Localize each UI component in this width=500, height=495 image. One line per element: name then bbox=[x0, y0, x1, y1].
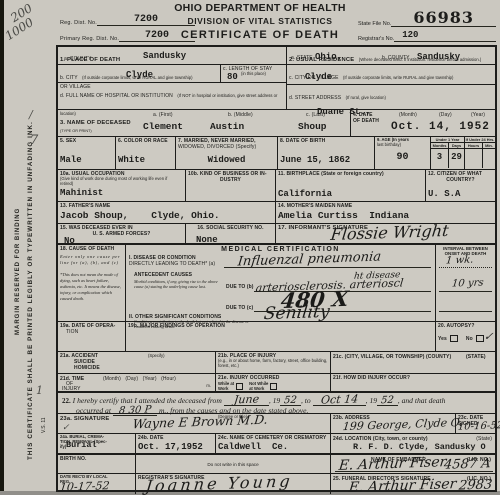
street-address-note: (If rural, give location) bbox=[346, 95, 386, 100]
residence-county-label: b. COUNTY bbox=[382, 55, 410, 61]
hours-label: Hours bbox=[465, 143, 482, 149]
autopsy-yes-checkbox bbox=[450, 335, 458, 342]
injury-state-label: (STATE) bbox=[466, 354, 486, 360]
margin-mark: 7 bbox=[30, 133, 38, 148]
months-value: 3 bbox=[431, 153, 448, 163]
row-injury-2: 21d. TIME OF INJURY (Month) (Day) (Year)… bbox=[58, 374, 495, 392]
name-section-label: 3. NAME OF DECEASED bbox=[60, 120, 131, 126]
attendant-signature-field: 23a. SIGNATURE ✓ Wayne E Brown M.D. (Deg… bbox=[58, 414, 331, 433]
occupation-note: (Give kind of work done during most of w… bbox=[60, 177, 170, 187]
antecedent-label: ANTECEDENT CAUSES bbox=[134, 272, 192, 278]
embalmer-field: NAME OF EMBALMER (LIC. NO.) E. Arthur Fi… bbox=[331, 455, 495, 473]
injury-county-label: (COUNTY) bbox=[426, 354, 451, 360]
state-file-label: State File No. bbox=[358, 21, 391, 27]
date-of-death-label: 4. DATE OF DEATH bbox=[353, 112, 379, 124]
medical-certification-main: MEDICAL CERTIFICATION I. DISEASE OR COND… bbox=[126, 245, 436, 321]
last-name-value: Shoup bbox=[298, 122, 327, 132]
certify-from-value: June bbox=[233, 395, 259, 406]
birth-no-field: BIRTH NO. bbox=[58, 455, 136, 473]
mother-label: 14. MOTHER'S MAIDEN NAME bbox=[278, 203, 493, 209]
m-label: m. bbox=[206, 384, 211, 389]
major-findings-label: 19b. MAJOR FINDINGS OF OPERATION bbox=[128, 323, 433, 329]
last-name-label: c. (Last) bbox=[306, 112, 325, 118]
accident-label3: HOMICIDE bbox=[74, 365, 213, 371]
dod-month-label: (Month) bbox=[399, 112, 417, 118]
middle-name-label: b. (Middle) bbox=[228, 112, 253, 118]
scan-left-edge bbox=[0, 0, 4, 491]
residence-state-label: a. STATE bbox=[291, 55, 313, 61]
date-of-operation-field: 19a. DATE OF OPERA- TION bbox=[58, 322, 126, 351]
marital-value: Widowed bbox=[178, 156, 275, 166]
due-b-insert: ht disease bbox=[353, 270, 400, 282]
mother-field: 14. MOTHER'S MAIDEN NAME Amelia Curtiss … bbox=[276, 202, 495, 223]
disposition-location-field: 24d. LOCATION (City, town, or county) (S… bbox=[331, 434, 495, 453]
months-label: Months bbox=[431, 143, 448, 149]
other-conditions-value: Senility bbox=[263, 302, 331, 324]
place-of-injury-field: 21b. PLACE OF INJURY (e.g., in or about … bbox=[216, 352, 331, 373]
row-name-dod: 3. NAME OF DECEASED (TYPE OR PRINT) a. (… bbox=[58, 110, 495, 137]
file-number-block: State File No. 66983 Registrar's No. 120 bbox=[358, 10, 496, 42]
disposition-date-field: 24b. DATE Oct. 17,1952 bbox=[136, 434, 216, 453]
injury-occurred-label: 21e. INJURY OCCURRED bbox=[218, 375, 328, 381]
reg-dist-label: Reg. Dist. No. bbox=[60, 20, 97, 26]
row-medical-certification: 18. CAUSE OF DEATH Enter only one cause … bbox=[58, 244, 495, 322]
medical-certification-title: MEDICAL CERTIFICATION bbox=[126, 246, 435, 253]
state-file-value: 66983 bbox=[391, 10, 496, 27]
occupation-field: 10a. USUAL OCCUPATION (Give kind of work… bbox=[58, 170, 186, 201]
margin-mark: / bbox=[29, 108, 33, 121]
disease-label2: DIRECTLY LEADING TO DEATH* (a) bbox=[129, 261, 215, 267]
do-not-write-field: Do not write in this space bbox=[136, 455, 331, 473]
ssn-label: 16. SOCIAL SECURITY NO. bbox=[188, 225, 273, 231]
date-received-field: DATE REC'D BY LOCAL REG. 10-17-52 bbox=[58, 474, 136, 494]
row-injury-1: 21a. ACCIDENT SUICIDE HOMICIDE (Specify)… bbox=[58, 352, 495, 374]
industry-label2: DUSTRY bbox=[188, 177, 273, 183]
date-of-operation-label2: TION bbox=[66, 329, 123, 335]
place-of-injury-note: (e.g., in or about home, farm, factory, … bbox=[218, 359, 328, 369]
under-one-year-group: Under 1 Year Months 3 Days 29 bbox=[431, 137, 465, 169]
citizen-label2: COUNTRY? bbox=[428, 177, 493, 183]
father-label: 13. FATHER'S NAME bbox=[60, 203, 273, 209]
sex-label: 5. SEX bbox=[60, 138, 113, 144]
while-at-work-checkbox bbox=[236, 383, 243, 390]
days-label: Days bbox=[449, 143, 464, 149]
injury-occurred-field: 21e. INJURY OCCURRED While at Work Not W… bbox=[216, 374, 331, 391]
funeral-director-signature: E. Arthur Fiser bbox=[348, 476, 457, 495]
row-registrar: DATE REC'D BY LOCAL REG. 10-17-52 REGIST… bbox=[58, 474, 495, 494]
attendant-signature-label: 23a. SIGNATURE bbox=[60, 416, 109, 422]
date-of-death-value: Oct. 14, 1952 bbox=[391, 121, 490, 133]
injury-city-label: 21c. (CITY, VILLAGE, OR TOWNSHIP) bbox=[333, 354, 425, 360]
margin-ink-note: THIS CERTIFICATE SHALL BE PRINTED LEGIBL… bbox=[27, 121, 34, 460]
department-title: OHIO DEPARTMENT OF HEALTH bbox=[160, 2, 360, 14]
registrar-no-label: Registrar's No. bbox=[358, 36, 394, 42]
row-place-residence: 1. PLACE OF DEATH a. COUNTY Sandusky b. … bbox=[58, 47, 495, 110]
date-of-birth-label: 8. DATE OF BIRTH bbox=[280, 138, 372, 144]
row-operation-autopsy: 19a. DATE OF OPERA- TION 19b. MAJOR FIND… bbox=[58, 322, 495, 352]
cemetery-label: 24c. NAME OF CEMETERY OR CREMATORY bbox=[218, 435, 328, 441]
autopsy-label: 20. AUTOPSY? bbox=[438, 323, 493, 329]
birth-no-label: BIRTH NO. bbox=[60, 456, 133, 462]
certify-from-year: 52 bbox=[284, 396, 298, 406]
location-value: R. F. D. Clyde, Sandusky O bbox=[353, 443, 493, 452]
residence-city-note: (If outside corporate limits, write RURA… bbox=[343, 75, 453, 80]
race-label: 6. COLOR OR RACE bbox=[118, 138, 173, 144]
age-field: 9. AGE (In years last birthday) 90 bbox=[375, 137, 431, 169]
row-service-informant: 15. WAS DECEASED EVER IN U. S. ARMED FOR… bbox=[58, 224, 495, 244]
registrar-no-value: 120 bbox=[394, 31, 496, 42]
autopsy-yes-label: Yes bbox=[438, 336, 447, 342]
margin-binding-note: MARGIN RESERVED FOR BINDING bbox=[15, 208, 21, 335]
race-field: 6. COLOR OR RACE White bbox=[116, 137, 176, 169]
name-of-deceased-section: 3. NAME OF DECEASED (TYPE OR PRINT) a. (… bbox=[58, 110, 351, 136]
interval-column: INTERVAL BETWEEN ONSET AND DEATH 1 wk. 1… bbox=[436, 245, 495, 321]
registration-district-block: Reg. Dist. No. 7200 Primary Reg. Dist. N… bbox=[60, 14, 195, 42]
residence-county-value: Sandusky bbox=[417, 53, 460, 63]
attendant-address-field: 23b. ADDRESS 199 George, Clyde O. bbox=[331, 414, 456, 433]
registrar-signature-field: REGISTRAR'S SIGNATURE Joanne Young bbox=[136, 474, 331, 494]
race-value: White bbox=[118, 156, 173, 166]
birthplace-field: 11. BIRTHPLACE (State or foreign country… bbox=[276, 170, 426, 201]
age-label2: last birthday) bbox=[377, 143, 428, 148]
armed-forces-field: 15. WAS DECEASED EVER IN U. S. ARMED FOR… bbox=[58, 224, 186, 243]
informant-signature: Flossie Wright bbox=[330, 221, 450, 244]
citizen-field: 12. CITIZEN OF WHAT COUNTRY? U. S.A bbox=[426, 170, 495, 201]
burial-value: Burial bbox=[66, 441, 97, 450]
degree-or-title-note: (Degree or title) bbox=[218, 415, 247, 420]
date-of-birth-value: June 15, 1862 bbox=[280, 156, 372, 166]
row-embalmer: BIRTH NO. Do not write in this space NAM… bbox=[58, 454, 495, 474]
row-demographics: 5. SEX Male 6. COLOR OR RACE White 7. MA… bbox=[58, 137, 495, 170]
father-field: 13. FATHER'S NAME Jacob Shoup, Clyde, Oh… bbox=[58, 202, 276, 223]
registrar-signature-value: Joanne Young bbox=[145, 471, 294, 495]
margin-mark: 1 bbox=[36, 384, 43, 397]
autopsy-no-label: No bbox=[466, 336, 473, 342]
certify-part4: , 19 bbox=[366, 396, 377, 405]
county-label: a. COUNTY bbox=[64, 56, 92, 62]
cemetery-value: Caldwell Ce. bbox=[218, 443, 328, 453]
how-injury-field: 21f. HOW DID INJURY OCCUR? bbox=[331, 374, 495, 391]
burial-field: 24a. BURIAL, CREMA- TION, REMOVAL (Spec-… bbox=[58, 434, 136, 453]
first-name-value: Clement bbox=[143, 122, 183, 132]
sex-value: Male bbox=[60, 156, 113, 166]
birthplace-value: California bbox=[278, 190, 423, 200]
disposition-date-label: 24b. DATE bbox=[138, 435, 213, 441]
row-occupation: 10a. USUAL OCCUPATION (Give kind of work… bbox=[58, 170, 495, 202]
city-value: Clyde bbox=[126, 71, 153, 81]
autopsy-field: 20. AUTOPSY? Yes No ✓ bbox=[436, 322, 495, 351]
do-not-write-note: Do not write in this space bbox=[138, 462, 328, 467]
marital-field: 7. MARRIED, NEVER MARRIED, WIDOWED, DIVO… bbox=[176, 137, 278, 169]
attendant-checkmark: ✓ bbox=[62, 423, 70, 433]
hospital-label: d. FULL NAME OF HOSPITAL OR INSTITUTION bbox=[60, 93, 173, 99]
occupation-value: Mahinist bbox=[60, 189, 183, 199]
citizen-value: U. S.A bbox=[428, 190, 493, 200]
cause-footnote: *This does not mean the mode of dying, s… bbox=[60, 272, 123, 302]
while-at-work-label2: Work bbox=[218, 387, 234, 392]
length-of-stay-value: 80 bbox=[227, 73, 238, 83]
certify-number: 22. bbox=[62, 397, 71, 405]
reg-dist-value: 7200 bbox=[97, 14, 195, 26]
residence-city-value: Clyde bbox=[305, 73, 332, 83]
county-value: Sandusky bbox=[143, 52, 186, 62]
usual-residence-section: 2. USUAL RESIDENCE (Where deceased lived… bbox=[287, 47, 495, 109]
autopsy-no-checkmark: ✓ bbox=[483, 330, 494, 343]
mother-value: Amelia Curtiss Indiana bbox=[278, 211, 493, 221]
time-columns-label: (Month) (Day) (Year) (Hour) bbox=[103, 376, 176, 382]
form-number: V.S. 11 bbox=[41, 417, 47, 433]
cause-instruction: Enter only one cause per line for (a), (… bbox=[60, 254, 123, 267]
cause-section-label: 18. CAUSE OF DEATH bbox=[60, 246, 123, 252]
father-value: Jacob Shoup, Clyde, Ohio. bbox=[60, 211, 273, 221]
attendant-signature-value: Wayne E Brown M.D. bbox=[132, 412, 269, 432]
funeral-director-lic-value: 2983 bbox=[458, 477, 493, 493]
row-disposition: 24a. BURIAL, CREMA- TION, REMOVAL (Spec-… bbox=[58, 434, 495, 454]
date-of-death-section: 4. DATE OF DEATH (Month) (Day) (Year) Oc… bbox=[351, 110, 495, 136]
injury-location-field: 21c. (CITY, VILLAGE, OR TOWNSHIP) (COUNT… bbox=[331, 352, 495, 373]
due-b-label: DUE TO (b) bbox=[226, 284, 254, 290]
industry-field: 10b. KIND OF BUSINESS OR IN- DUSTRY bbox=[186, 170, 276, 201]
row-certify-statement: 22. I hereby certify that I attended the… bbox=[58, 392, 495, 414]
funeral-director-field: 25. FUNERAL DIRECTOR'S SIGNATURE (LIC. N… bbox=[331, 474, 495, 494]
middle-name-value: Austin bbox=[210, 122, 244, 132]
primary-reg-dist-label: Primary Reg. Dist. No. bbox=[60, 36, 119, 42]
accident-field: 21a. ACCIDENT SUICIDE HOMICIDE (Specify) bbox=[58, 352, 216, 373]
certify-to-year: 52 bbox=[380, 396, 394, 406]
certify-to-value: Oct 14 bbox=[320, 394, 358, 405]
not-while-at-work-label2: at Work bbox=[249, 387, 268, 392]
min-label: Min. bbox=[483, 143, 495, 149]
time-of-injury-field: 21d. TIME OF INJURY (Month) (Day) (Year)… bbox=[58, 374, 216, 391]
disposition-date-value: Oct. 17,1952 bbox=[138, 443, 213, 453]
primary-reg-dist-value: 7200 bbox=[119, 30, 195, 42]
dod-day-label: (Day) bbox=[439, 112, 452, 118]
antecedent-note: Morbid conditions, if any, giving rise t… bbox=[134, 279, 220, 289]
certificate-body: 1. PLACE OF DEATH a. COUNTY Sandusky b. … bbox=[56, 45, 497, 492]
row-attendant: 23a. SIGNATURE ✓ Wayne E Brown M.D. (Deg… bbox=[58, 414, 495, 434]
first-name-label: a. (First) bbox=[153, 112, 173, 118]
attendant-address-value: 199 George, Clyde O. bbox=[342, 416, 463, 433]
sex-field: 5. SEX Male bbox=[58, 137, 116, 169]
interval-b-value: 10 yrs bbox=[451, 277, 484, 289]
dod-year-label: (Year) bbox=[471, 112, 485, 118]
days-value: 29 bbox=[449, 153, 464, 163]
due-c-label: DUE TO (c) bbox=[226, 305, 253, 311]
birthplace-label: 11. BIRTHPLACE (State or foreign country… bbox=[278, 171, 423, 177]
informant-field: 17. INFORMANT'S SIGNATURE Flossie Wright bbox=[276, 224, 495, 243]
how-injury-label: 21f. HOW DID INJURY OCCUR? bbox=[333, 375, 493, 381]
ssn-field: 16. SOCIAL SECURITY NO. None bbox=[186, 224, 276, 243]
city-label: b. CITY bbox=[60, 75, 78, 81]
under-24-hours-group: If Under 24 Hrs. Hours Min. bbox=[465, 137, 495, 169]
age-value: 90 bbox=[377, 152, 428, 163]
certify-part3: , to bbox=[301, 396, 311, 405]
major-findings-field: 19b. MAJOR FINDINGS OF OPERATION bbox=[126, 322, 436, 351]
certify-part5: , and that death bbox=[398, 396, 446, 405]
location-label: 24d. LOCATION (City, town, or county) bbox=[333, 436, 428, 442]
date-received-value: 10-17-52 bbox=[59, 479, 110, 494]
interval-a-value: 1 wk. bbox=[445, 255, 474, 267]
street-address-label: d. STREET ADDRESS bbox=[289, 95, 341, 101]
accident-note: (Specify) bbox=[148, 354, 165, 359]
certify-part2: , 19 bbox=[269, 396, 280, 405]
cause-of-death-sidebar: 18. CAUSE OF DEATH Enter only one cause … bbox=[58, 245, 126, 321]
marital-label2: WIDOWED, DIVORCED (Specify) bbox=[178, 144, 275, 150]
cemetery-field: 24c. NAME OF CEMETERY OR CREMATORY Caldw… bbox=[216, 434, 331, 453]
place-of-death-section: 1. PLACE OF DEATH a. COUNTY Sandusky b. … bbox=[58, 47, 287, 109]
date-signed-value: 10-16-52 bbox=[457, 420, 500, 433]
certify-statement: 22. I hereby certify that I attended the… bbox=[58, 393, 495, 413]
date-signed-field: 23c. DATE SIGNED 10-16-52 bbox=[456, 414, 495, 433]
location-state-label: (State) bbox=[476, 436, 492, 442]
not-while-at-work-checkbox bbox=[270, 383, 277, 390]
residence-state-value: Ohio. bbox=[315, 53, 342, 63]
date-of-birth-field: 8. DATE OF BIRTH June 15, 1862 bbox=[278, 137, 375, 169]
